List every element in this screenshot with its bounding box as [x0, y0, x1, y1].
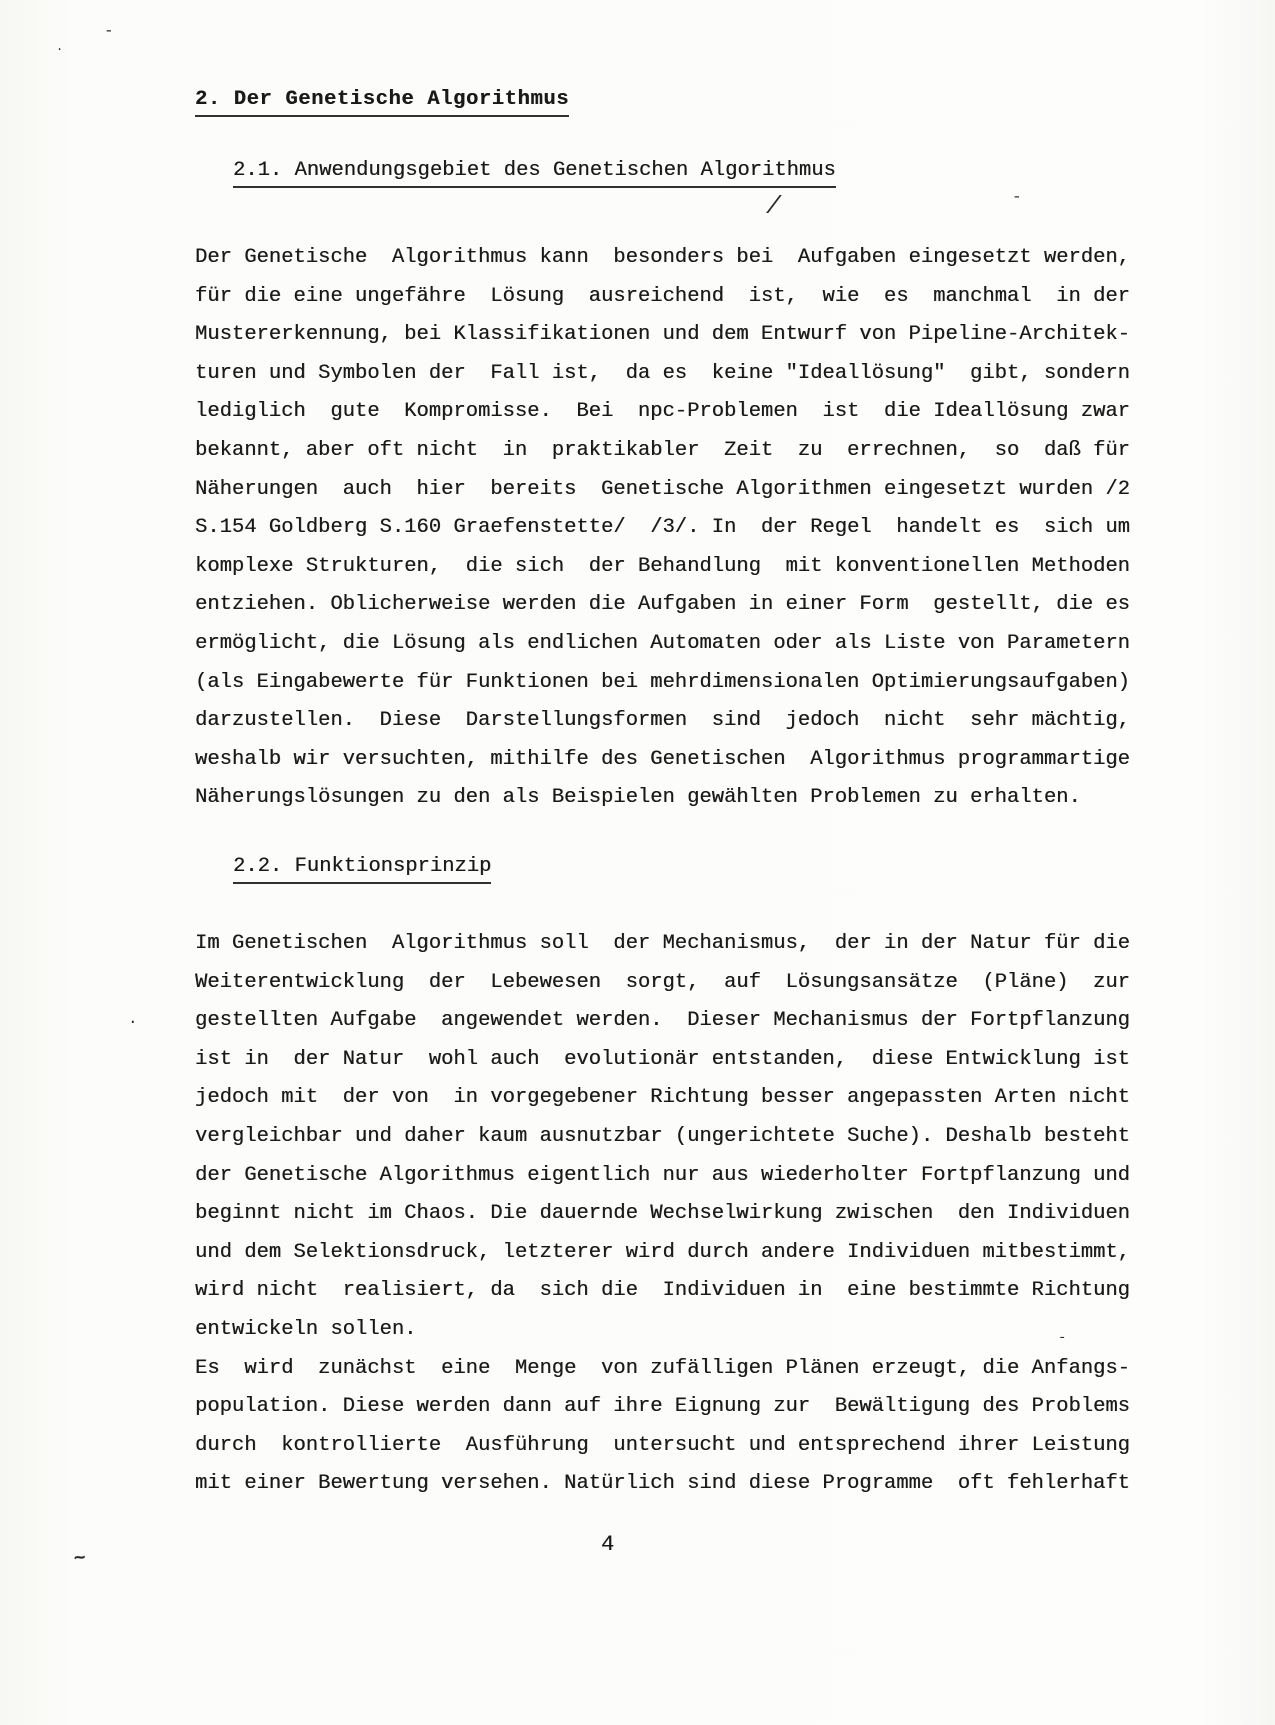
scan-artifact-mark: /: [766, 192, 781, 221]
text-line: population. Diese werden dann auf ihre E…: [195, 1388, 1130, 1427]
text-line: Es wird zunächst eine Menge von zufällig…: [195, 1350, 1130, 1389]
text-line: entziehen. Oblicherweise werden die Aufg…: [195, 586, 1130, 625]
text-line: entwickeln sollen.: [195, 1311, 1130, 1350]
text-line: mit einer Bewertung versehen. Natürlich …: [195, 1465, 1130, 1504]
text-line: jedoch mit der von in vorgegebener Richt…: [195, 1079, 1130, 1118]
scan-artifact-mark: -: [1058, 1330, 1066, 1346]
text-line: der Genetische Algorithmus eigentlich nu…: [195, 1157, 1130, 1196]
subsection-heading-2-2: 2.2. Funktionsprinzip: [233, 855, 491, 884]
text-line: ermöglicht, die Lösung als endlichen Aut…: [195, 625, 1130, 664]
text-line: beginnt nicht im Chaos. Die dauernde Wec…: [195, 1195, 1130, 1234]
scan-artifact-mark: -: [104, 22, 114, 40]
text-line: und dem Selektionsdruck, letzterer wird …: [195, 1234, 1130, 1273]
text-line: für die eine ungefähre Lösung ausreichen…: [195, 278, 1130, 317]
text-line: Weiterentwicklung der Lebewesen sorgt, a…: [195, 964, 1130, 1003]
text-line: wird nicht realisiert, da sich die Indiv…: [195, 1272, 1130, 1311]
text-line: gestellten Aufgabe angewendet werden. Di…: [195, 1002, 1130, 1041]
scan-artifact-mark: .: [128, 1010, 138, 1028]
page-number: 4: [601, 1532, 614, 1557]
text-line: Der Genetische Algorithmus kann besonder…: [195, 239, 1130, 278]
text-line: S.154 Goldberg S.160 Graefenstette/ /3/.…: [195, 509, 1130, 548]
text-line: ist in der Natur wohl auch evolutionär e…: [195, 1041, 1130, 1080]
text-line: vergleichbar und daher kaum ausnutzbar (…: [195, 1118, 1130, 1157]
text-line: turen und Symbolen der Fall ist, da es k…: [195, 355, 1130, 394]
text-line: durch kontrollierte Ausführung untersuch…: [195, 1427, 1130, 1466]
scan-artifact-mark: -: [1012, 188, 1022, 206]
scan-artifact-mark: .: [56, 40, 63, 54]
text-line: Näherungslösungen zu den als Beispielen …: [195, 779, 1130, 818]
text-line: Mustererkennung, bei Klassifikationen un…: [195, 316, 1130, 355]
text-line: lediglich gute Kompromisse. Bei npc-Prob…: [195, 393, 1130, 432]
text-line: weshalb wir versuchten, mithilfe des Gen…: [195, 741, 1130, 780]
subsection-heading-2-1: 2.1. Anwendungsgebiet des Genetischen Al…: [233, 159, 836, 188]
paragraph-functional-principle: Im Genetischen Algorithmus soll der Mech…: [195, 925, 1130, 1504]
paragraph-application-area: Der Genetische Algorithmus kann besonder…: [195, 239, 1130, 818]
section-heading: 2. Der Genetische Algorithmus: [195, 88, 569, 117]
text-line: Im Genetischen Algorithmus soll der Mech…: [195, 925, 1130, 964]
text-line: darzustellen. Diese Darstellungsformen s…: [195, 702, 1130, 741]
document-page: 2. Der Genetische Algorithmus 2.1. Anwen…: [0, 0, 1275, 1725]
scan-artifact-mark: ~: [72, 1547, 87, 1571]
text-line: Näherungen auch hier bereits Genetische …: [195, 471, 1130, 510]
text-line: (als Eingabewerte für Funktionen bei meh…: [195, 664, 1130, 703]
text-line: bekannt, aber oft nicht in praktikabler …: [195, 432, 1130, 471]
text-line: komplexe Strukturen, die sich der Behand…: [195, 548, 1130, 587]
